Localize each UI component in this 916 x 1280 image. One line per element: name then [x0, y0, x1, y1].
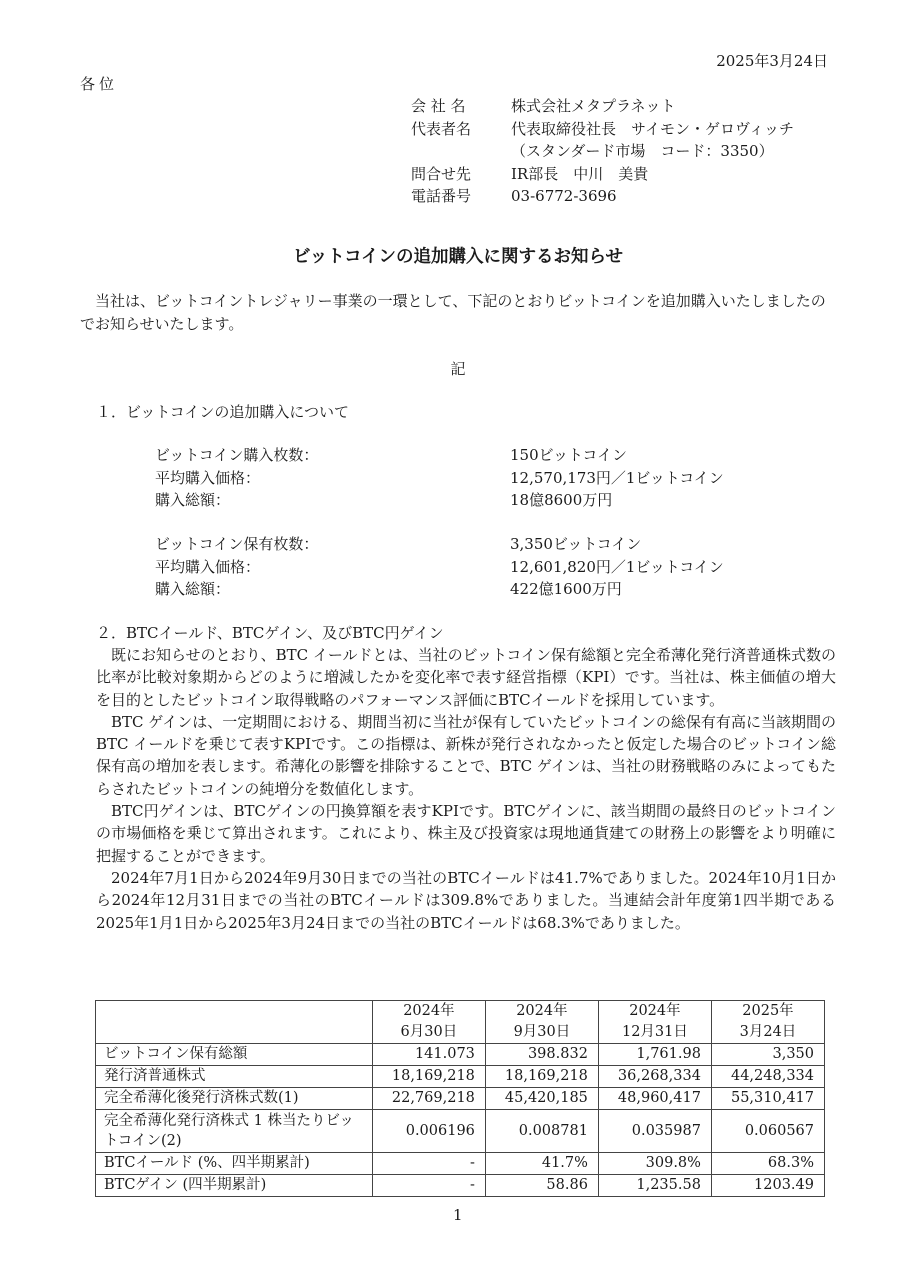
holdings-details: ビットコイン保有枚数： 3,350ビットコイン 平均購入価格： 12,601,8…: [155, 533, 724, 601]
purchase-total: 18億8600万円: [510, 489, 612, 512]
ki-marker: 記: [0, 358, 916, 379]
holdings-total-row: 購入総額： 422億1600万円: [155, 578, 724, 601]
table-cell: 0.008781: [485, 1110, 598, 1153]
kpi-table: 2024年6月30日 2024年9月30日 2024年12月31日 2025年3…: [95, 1000, 825, 1197]
row-label: BTCゲイン (四半期累計): [96, 1175, 373, 1197]
addressee: 各位: [80, 73, 118, 94]
phone-number: 03-6772-3696: [511, 185, 617, 208]
table-cell: 41.7%: [485, 1153, 598, 1175]
btc-gain-paragraph: BTC ゲインは、一定期間における、期間当初に当社が保有していたビットコインの総…: [96, 711, 836, 800]
column-header: 2024年12月31日: [598, 1001, 711, 1044]
info-label: 会 社 名: [411, 95, 511, 118]
info-label: 電話番号: [411, 185, 511, 208]
table-cell: 55,310,417: [711, 1088, 824, 1110]
kv-label: ビットコイン保有枚数：: [155, 533, 510, 556]
table-cell: 309.8%: [598, 1153, 711, 1175]
section-2-body: 既にお知らせのとおり、BTC イールドとは、当社のビットコイン保有総額と完全希薄…: [96, 644, 836, 934]
section-2-title: ２．BTCイールド、BTCゲイン、及びBTC円ゲイン: [96, 622, 444, 643]
market-code: （スタンダード市場 コード：3350）: [511, 140, 774, 163]
holdings-count-row: ビットコイン保有枚数： 3,350ビットコイン: [155, 533, 724, 556]
phone-row: 電話番号 03-6772-3696: [411, 185, 794, 208]
table-row: BTCゲイン (四半期累計) - 58.86 1,235.58 1203.49: [96, 1175, 825, 1197]
table-cell: -: [372, 1153, 485, 1175]
market-code-row: （スタンダード市場 コード：3350）: [411, 140, 794, 163]
btc-yen-gain-paragraph: BTC円ゲインは、BTCゲインの円換算額を表すKPIです。BTCゲインに、該当期…: [96, 800, 836, 867]
table-row: ビットコイン保有総額 141.073 398.832 1,761.98 3,35…: [96, 1044, 825, 1066]
representative-name: 代表取締役社長 サイモン・ゲロヴィッチ: [511, 118, 794, 141]
row-label: 完全希薄化発行済株式 1 株当たりビットコイン(2): [96, 1110, 373, 1153]
row-label: 完全希薄化後発行済株式数(1): [96, 1088, 373, 1110]
table-cell: 68.3%: [711, 1153, 824, 1175]
kv-label: 平均購入価格：: [155, 467, 510, 490]
table-cell: 3,350: [711, 1044, 824, 1066]
kv-label: ビットコイン購入枚数：: [155, 444, 510, 467]
purchase-avg-price: 12,570,173円／1ビットコイン: [510, 467, 724, 490]
btc-yield-results-paragraph: 2024年7月1日から2024年9月30日までの当社のBTCイールドは41.7%…: [96, 867, 836, 934]
document-date: 2025年3月24日: [716, 50, 828, 71]
table-cell: 45,420,185: [485, 1088, 598, 1110]
row-label: 発行済普通株式: [96, 1066, 373, 1088]
company-info-block: 会 社 名 株式会社メタプラネット 代表者名 代表取締役社長 サイモン・ゲロヴィ…: [411, 95, 794, 208]
table-row: 完全希薄化後発行済株式数(1) 22,769,218 45,420,185 48…: [96, 1088, 825, 1110]
contact-row: 問合せ先 IR部長 中川 美貴: [411, 163, 794, 186]
info-label: 代表者名: [411, 118, 511, 141]
holdings-total: 422億1600万円: [510, 578, 622, 601]
table-cell: 1,761.98: [598, 1044, 711, 1066]
document-title: ビットコインの追加購入に関するお知らせ: [0, 243, 916, 268]
table-cell: 58.86: [485, 1175, 598, 1197]
intro-paragraph: 当社は、ビットコイントレジャリー事業の一環として、下記のとおりビットコインを追加…: [80, 290, 840, 335]
table-cell: 1,235.58: [598, 1175, 711, 1197]
column-header: 2024年9月30日: [485, 1001, 598, 1044]
intro-text: 当社は、ビットコイントレジャリー事業の一環として、下記のとおりビットコインを追加…: [80, 292, 826, 333]
table-row: 発行済普通株式 18,169,218 18,169,218 36,268,334…: [96, 1066, 825, 1088]
info-label: 問合せ先: [411, 163, 511, 186]
table-cell: 48,960,417: [598, 1088, 711, 1110]
company-name-row: 会 社 名 株式会社メタプラネット: [411, 95, 794, 118]
table-cell: 0.006196: [372, 1110, 485, 1153]
column-header: 2024年6月30日: [372, 1001, 485, 1044]
kv-label: 平均購入価格：: [155, 556, 510, 579]
table-row: 完全希薄化発行済株式 1 株当たりビットコイン(2) 0.006196 0.00…: [96, 1110, 825, 1153]
table-cell: 22,769,218: [372, 1088, 485, 1110]
purchase-total-row: 購入総額： 18億8600万円: [155, 489, 724, 512]
table-cell: 36,268,334: [598, 1066, 711, 1088]
table-cell: 0.035987: [598, 1110, 711, 1153]
table-cell: 398.832: [485, 1044, 598, 1066]
holdings-avg-price: 12,601,820円／1ビットコイン: [510, 556, 724, 579]
table-header-row: 2024年6月30日 2024年9月30日 2024年12月31日 2025年3…: [96, 1001, 825, 1044]
representative-row: 代表者名 代表取締役社長 サイモン・ゲロヴィッチ: [411, 118, 794, 141]
purchase-avg-price-row: 平均購入価格： 12,570,173円／1ビットコイン: [155, 467, 724, 490]
contact-person: IR部長 中川 美貴: [511, 163, 648, 186]
row-label: ビットコイン保有総額: [96, 1044, 373, 1066]
row-label: BTCイールド (%、四半期累計): [96, 1153, 373, 1175]
section-1-title: １．ビットコインの追加購入について: [96, 401, 349, 422]
table-cell: 44,248,334: [711, 1066, 824, 1088]
holdings-avg-price-row: 平均購入価格： 12,601,820円／1ビットコイン: [155, 556, 724, 579]
table-cell: 18,169,218: [372, 1066, 485, 1088]
column-header: 2025年3月24日: [711, 1001, 824, 1044]
purchase-details: ビットコイン購入枚数： 150ビットコイン 平均購入価格： 12,570,173…: [155, 444, 724, 512]
table-cell: 141.073: [372, 1044, 485, 1066]
table-cell: 1203.49: [711, 1175, 824, 1197]
btc-yield-paragraph: 既にお知らせのとおり、BTC イールドとは、当社のビットコイン保有総額と完全希薄…: [96, 644, 836, 711]
page-number: 1: [453, 1206, 463, 1224]
holdings-count: 3,350ビットコイン: [510, 533, 641, 556]
table-cell: 18,169,218: [485, 1066, 598, 1088]
company-name: 株式会社メタプラネット: [511, 95, 676, 118]
table-cell: -: [372, 1175, 485, 1197]
table-corner-cell: [96, 1001, 373, 1044]
kv-label: 購入総額：: [155, 578, 510, 601]
kv-label: 購入総額：: [155, 489, 510, 512]
purchase-count-row: ビットコイン購入枚数： 150ビットコイン: [155, 444, 724, 467]
purchase-count: 150ビットコイン: [510, 444, 627, 467]
info-label: [411, 140, 511, 163]
table-row: BTCイールド (%、四半期累計) - 41.7% 309.8% 68.3%: [96, 1153, 825, 1175]
table-cell: 0.060567: [711, 1110, 824, 1153]
